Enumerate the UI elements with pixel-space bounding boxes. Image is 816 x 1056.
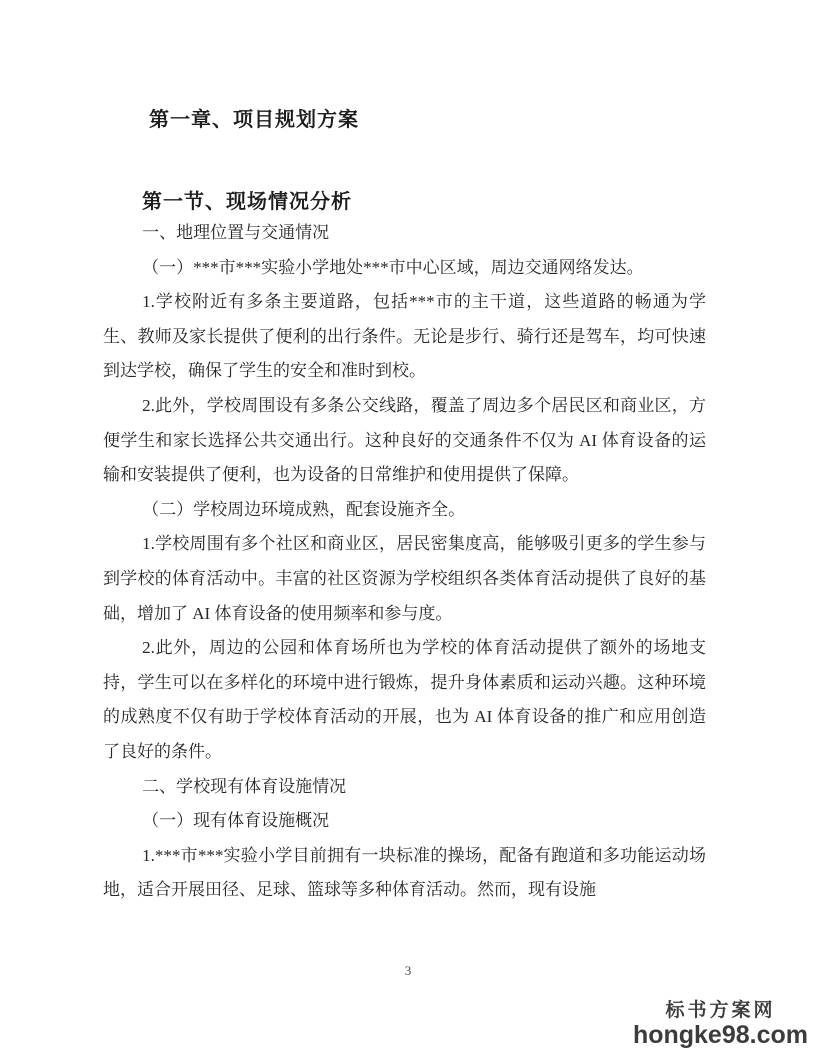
paragraph: 1.***市***实验小学目前拥有一块标准的操场，配备有跑道和多功能运动场地，适… [103,839,706,908]
document-page: 第一章、项目规划方案 第一节、现场情况分析 一、地理位置与交通情况 （一）***… [0,0,816,1056]
paragraph: （一）现有体育设施概况 [103,804,706,839]
list-level1-heading: 二、学校现有体育设施情况 [103,770,706,805]
watermark-site-name: 标书方案网 [633,1000,808,1022]
paragraph: （一）***市***实验小学地处***市中心区域，周边交通网络发达。 [103,251,706,286]
site-watermark: 标书方案网 hongke98.com [633,1000,808,1048]
paragraph: 2.此外，周边的公园和体育场所也为学校的体育活动提供了额外的场地支持，学生可以在… [103,631,706,769]
page-number: 3 [0,963,816,979]
list-level1-heading: 一、地理位置与交通情况 [103,216,706,251]
body-text: 一、地理位置与交通情况 （一）***市***实验小学地处***市中心区域，周边交… [103,216,706,908]
paragraph: （二）学校周边环境成熟，配套设施齐全。 [103,493,706,528]
paragraph: 1.学校周围有多个社区和商业区，居民密集度高，能够吸引更多的学生参与到学校的体育… [103,527,706,631]
chapter-heading: 第一章、项目规划方案 [103,108,706,132]
section-heading: 第一节、现场情况分析 [103,190,706,214]
paragraph: 1.学校附近有多条主要道路，包括***市的主干道，这些道路的畅通为学生、教师及家… [103,285,706,389]
paragraph: 2.此外，学校周围设有多条公交线路，覆盖了周边多个居民区和商业区，方便学生和家长… [103,389,706,493]
document-content: 第一章、项目规划方案 第一节、现场情况分析 一、地理位置与交通情况 （一）***… [103,108,706,908]
watermark-site-domain: hongke98.com [633,1022,808,1048]
